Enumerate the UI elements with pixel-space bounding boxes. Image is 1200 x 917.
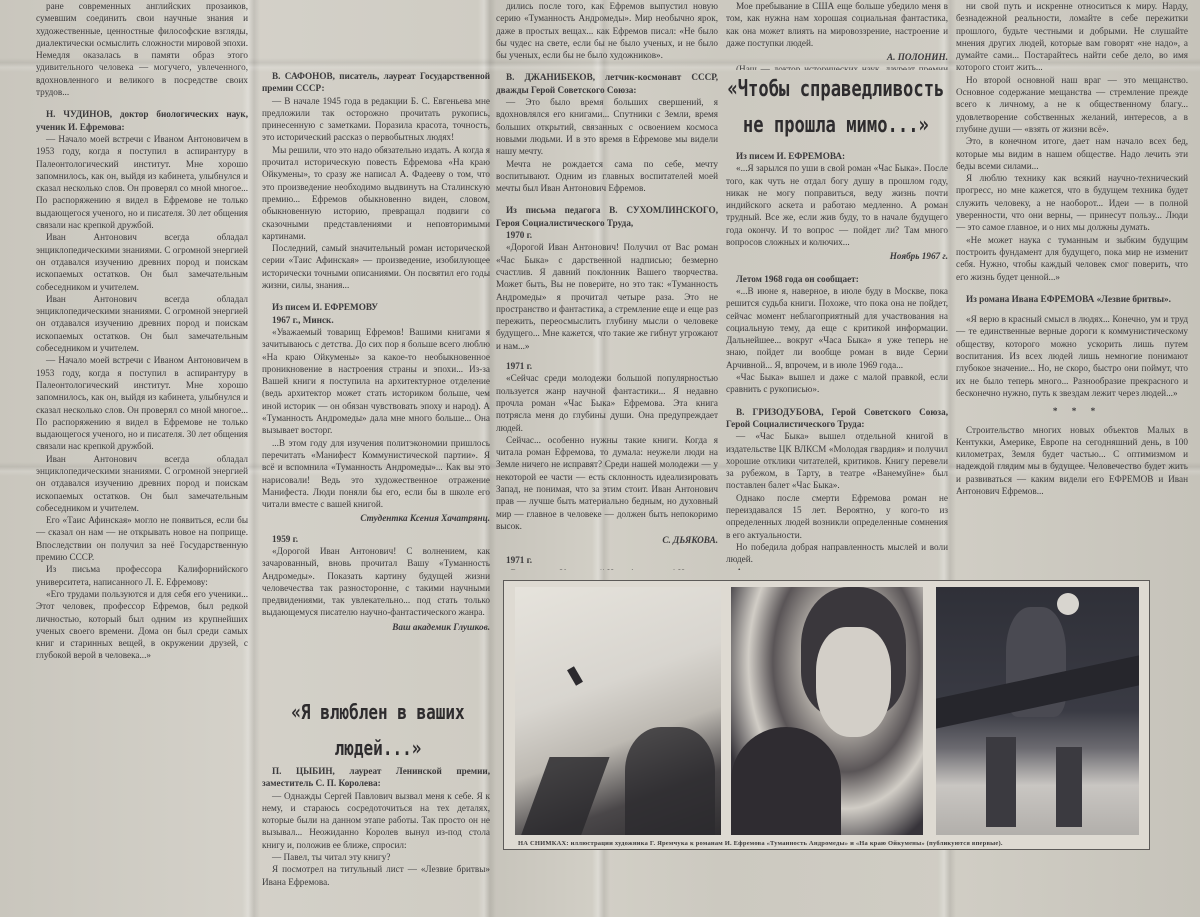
article-text: Строительство многих новых объектов Малы… <box>956 424 1188 498</box>
article-text: — Павел, ты читал эту книгу? <box>262 851 490 863</box>
article-text: — Однажды Сергей Павлович вызвал меня к … <box>262 790 490 851</box>
article-text: Мое пребывание в США еще больше убедило … <box>726 0 948 49</box>
column-2-bottom: П. ЦЫБИН, лауреат Ленинской премии, заме… <box>262 765 490 917</box>
column-4: Из писем И. ЕФРЕМОВА: «...Я зарылся по у… <box>726 150 948 570</box>
illustrations-block: НА СНИМКАХ: иллюстрации художника Г. Яре… <box>503 580 1150 850</box>
column-1: ране современных английских прозаиков, с… <box>36 0 248 917</box>
article-text: (Наш — доктор исторических наук, лауреат… <box>726 63 948 70</box>
article-text: «Не может наука с туманным и зыбким буду… <box>956 234 1188 283</box>
article-text: Его «Таис Афинская» могло не появиться, … <box>36 514 248 563</box>
illustration-right <box>936 587 1139 835</box>
letter-date: 1959 г. <box>262 533 490 545</box>
letter-signature: С. ДЬЯКОВА. <box>496 534 718 546</box>
headline-in-love-with-your-people: «Я влюблен в ваших людей...» <box>262 694 494 766</box>
article-text: Однако после смерти Ефремова роман не пе… <box>726 492 948 541</box>
letter-text: Сейчас... особенно нужны такие книги. Ко… <box>496 434 718 532</box>
byline: Из письма педагога В. СУХОМЛИНСКОГО, Гер… <box>496 204 718 229</box>
article-text: А то, что произошло, лишь подтвердило пр… <box>726 566 948 571</box>
quote-text: «Я верю в красный смысл в людях... Конеч… <box>956 313 1188 399</box>
letter-signature: Ваш академик Глушков. <box>262 621 490 633</box>
letter-signature: Студентка Ксения Хачатрянц. <box>262 512 490 524</box>
article-text: Я посмотрел на титульный лист — «Лезвие … <box>262 863 490 888</box>
letter-date: 1971 г. <box>496 554 718 566</box>
byline: П. ЦЫБИН, лауреат Ленинской премии, заме… <box>262 765 490 790</box>
letter-text: «Сейчас среди молодежи большой популярно… <box>496 372 718 433</box>
article-text: — В начале 1945 года в редакции Б. С. Ев… <box>262 95 490 144</box>
letter-text: ...В этом году для изучения политэкономи… <box>262 437 490 511</box>
newspaper-page: ране современных английских прозаиков, с… <box>0 0 1200 917</box>
quote-header: Из романа Ивана ЕФРЕМОВА «Лезвие бритвы»… <box>956 293 1188 305</box>
headline-justice-not-pass-by: «Чтобы справедливость не прошла мимо...» <box>722 72 950 144</box>
article-text: Мы решили, что это надо обязательно изда… <box>262 144 490 242</box>
article-text: — Начало моей встречи с Иваном Антонович… <box>36 133 248 231</box>
article-text: Мечта не рождается сама по себе, мечту в… <box>496 158 718 195</box>
moon <box>1057 593 1079 615</box>
letter-header: Из писем И. ЕФРЕМОВА: <box>726 150 948 162</box>
article-text: Из письма профессора Калифорнийского уни… <box>36 563 248 588</box>
letter-date: Ноябрь 1967 г. <box>726 250 948 262</box>
article-text: — «Час Быка» вышел отдельной книгой в из… <box>726 430 948 491</box>
byline: В. ГРИЗОДУБОВА, Герой Советского Союза, … <box>726 406 948 431</box>
article-text: Но второй основной наш враг — это мещанс… <box>956 74 1188 135</box>
letter-text: «Час Быка» вышел и даже с малой правкой,… <box>726 371 948 396</box>
letter-text: «Уважаемый товарищ Ефремов! Вашими книга… <box>262 326 490 437</box>
article-text: Последний, самый значительный роман исто… <box>262 242 490 291</box>
illustration-middle <box>731 587 923 835</box>
section-divider: * * * <box>956 405 1188 417</box>
article-text: — Это было время больших свершений, я вд… <box>496 96 718 157</box>
article-text: ране современных английских прозаиков, с… <box>36 0 248 98</box>
letter-text: «...Я зарылся по уши в свой роман «Час Б… <box>726 162 948 248</box>
byline: Н. ЧУДИНОВ, доктор биологических наук, у… <box>36 108 248 133</box>
column-4-top: Мое пребывание в США еще больше убедило … <box>726 0 948 70</box>
illustration-left <box>515 587 721 835</box>
letter-header: Из писем И. ЕФРЕМОВУ <box>262 301 490 313</box>
column-2: В. САФОНОВ, писатель, лауреат Государств… <box>262 0 490 690</box>
photo-caption: НА СНИМКАХ: иллюстрации художника Г. Яре… <box>518 840 1003 847</box>
letter-text: «...В июне я, наверное, в июле буду в Мо… <box>726 285 948 371</box>
article-text: дились после того, как Ефремов выпустил … <box>496 0 718 61</box>
article-text: Это, в конечном итоге, дает нам начало в… <box>956 135 1188 172</box>
article-text: Я люблю технику как всякий научно-технич… <box>956 172 1188 233</box>
signature: А. ПОЛОНИН. <box>726 51 948 63</box>
section-header: Летом 1968 года он сообщает: <box>726 273 948 285</box>
article-text: «Его трудами пользуются и для себя его у… <box>36 588 248 662</box>
letter-text: «Дорогой Иван Антонович! Получил от Вас … <box>496 241 718 352</box>
article-text: ни свой путь и искренне относиться к мир… <box>956 0 1188 74</box>
article-text: Иван Антонович всегда обладал энциклопед… <box>36 231 248 292</box>
letter-date: 1970 г. <box>496 229 718 241</box>
article-text: — Начало моей встречи с Иваном Антонович… <box>36 354 248 452</box>
byline: В. САФОНОВ, писатель, лауреат Государств… <box>262 70 490 95</box>
column-5: ни свой путь и искренне относиться к мир… <box>956 0 1188 575</box>
byline: В. ДЖАНИБЕКОВ, летчик-космонавт СССР, дв… <box>496 71 718 96</box>
article-text: Иван Антонович всегда обладал энциклопед… <box>36 453 248 514</box>
column-3: дились после того, как Ефремов выпустил … <box>496 0 718 570</box>
letter-text: «Вашингтон. Уважаемый Иван Антонович! Не <box>496 567 718 570</box>
article-text: Но победила добрая направленность мыслей… <box>726 541 948 566</box>
letter-date: 1967 г., Минск. <box>262 314 490 326</box>
letter-date: 1971 г. <box>496 360 718 372</box>
letter-text: «Дорогой Иван Антонович! С волнением, ка… <box>262 545 490 619</box>
article-text: Иван Антонович всегда обладал энциклопед… <box>36 293 248 354</box>
